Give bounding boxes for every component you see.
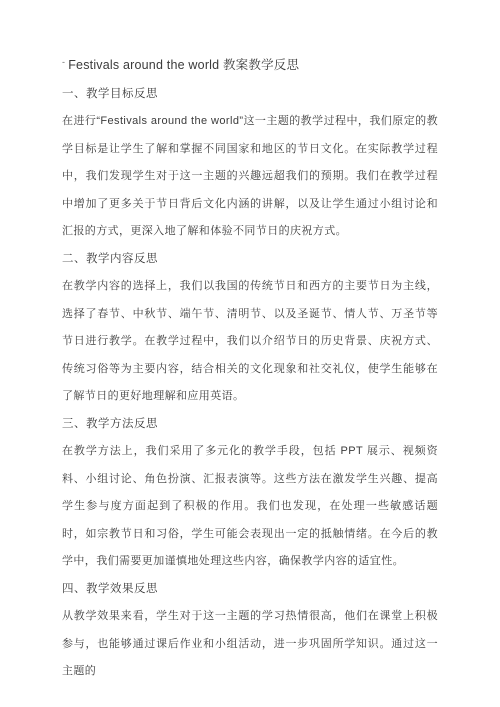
section-heading-teaching-methods: 三、教学方法反思 <box>62 411 438 439</box>
section-heading-teaching-goals: 一、教学目标反思 <box>62 81 438 109</box>
section-paragraph-teaching-results: 从教学效果来看，学生对于这一主题的学习热情很高，他们在课堂上积极参与，也能够通过… <box>62 603 438 686</box>
section-heading-teaching-results: 四、教学效果反思 <box>62 576 438 604</box>
document-title-text: Festivals around the world 教案教学反思 <box>68 58 299 72</box>
section-paragraph-teaching-methods: 在教学方法上，我们采用了多元化的教学手段，包括 PPT 展示、视频资料、小组讨论… <box>62 438 438 576</box>
section-paragraph-teaching-goals: 在进行“Festivals around the world”这一主题的教学过程… <box>62 108 438 246</box>
title-mark: - <box>62 49 65 77</box>
document-title: -Festivals around the world 教案教学反思 <box>62 52 438 81</box>
document-page: -Festivals around the world 教案教学反思 一、教学目… <box>0 0 500 707</box>
section-paragraph-teaching-content: 在教学内容的选择上，我们以我国的传统节日和西方的主要节日为主线，选择了春节、中秋… <box>62 273 438 411</box>
section-heading-teaching-content: 二、教学内容反思 <box>62 246 438 274</box>
